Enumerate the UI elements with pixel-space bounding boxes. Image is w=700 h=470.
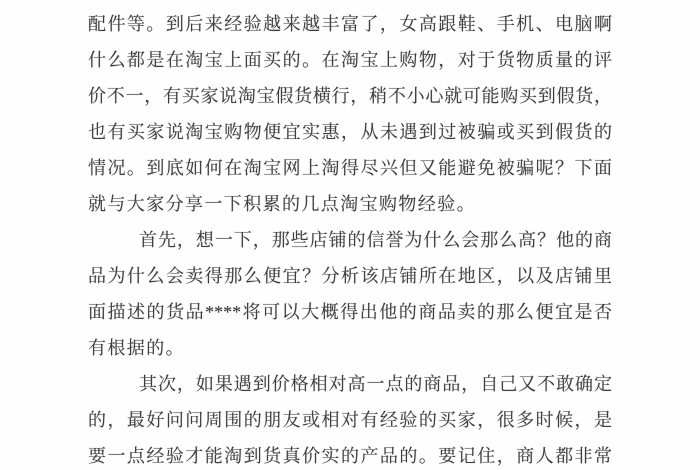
- text-line: 其次，如果遇到价格相对高一点的商品，自己又不敢确定: [88, 366, 612, 402]
- paragraph-2: 首先，想一下，那些店铺的信誉为什么会那么高？他的商 品为什么会卖得那么便宜？分析…: [88, 222, 612, 366]
- text-line: 配件等。到后来经验越来越丰富了，女高跟鞋、手机、电脑啊: [88, 6, 612, 42]
- article-body: 配件等。到后来经验越来越丰富了，女高跟鞋、手机、电脑啊 什么都是在淘宝上面买的。…: [88, 6, 612, 470]
- text-line: 的，最好问问周围的朋友或相对有经验的买家，很多时候，是: [88, 402, 612, 438]
- text-line: 也有买家说淘宝购物便宜实惠，从未遇到过被骗或买到假货的: [88, 114, 612, 150]
- text-line: 就与大家分享一下积累的几点淘宝购物经验。: [88, 186, 612, 222]
- text-line: 面描述的货品****将可以大概得出他的商品卖的那么便宜是否: [88, 294, 612, 330]
- text-line: 品为什么会卖得那么便宜？分析该店铺所在地区，以及店铺里: [88, 258, 612, 294]
- text-line: 要一点经验才能淘到货真价实的产品的。要记住，商人都非常: [88, 438, 612, 470]
- text-line: 什么都是在淘宝上面买的。在淘宝上购物，对于货物质量的评: [88, 42, 612, 78]
- text-line: 首先，想一下，那些店铺的信誉为什么会那么高？他的商: [88, 222, 612, 258]
- document-page: 配件等。到后来经验越来越丰富了，女高跟鞋、手机、电脑啊 什么都是在淘宝上面买的。…: [0, 0, 700, 470]
- paragraph-3: 其次，如果遇到价格相对高一点的商品，自己又不敢确定 的，最好问问周围的朋友或相对…: [88, 366, 612, 470]
- text-line: 有根据的。: [88, 330, 612, 366]
- text-line: 情况。到底如何在淘宝网上淘得尽兴但又能避免被骗呢？下面: [88, 150, 612, 186]
- paragraph-1: 配件等。到后来经验越来越丰富了，女高跟鞋、手机、电脑啊 什么都是在淘宝上面买的。…: [88, 6, 612, 222]
- text-line: 价不一，有买家说淘宝假货横行，稍不小心就可能购买到假货，: [88, 78, 612, 114]
